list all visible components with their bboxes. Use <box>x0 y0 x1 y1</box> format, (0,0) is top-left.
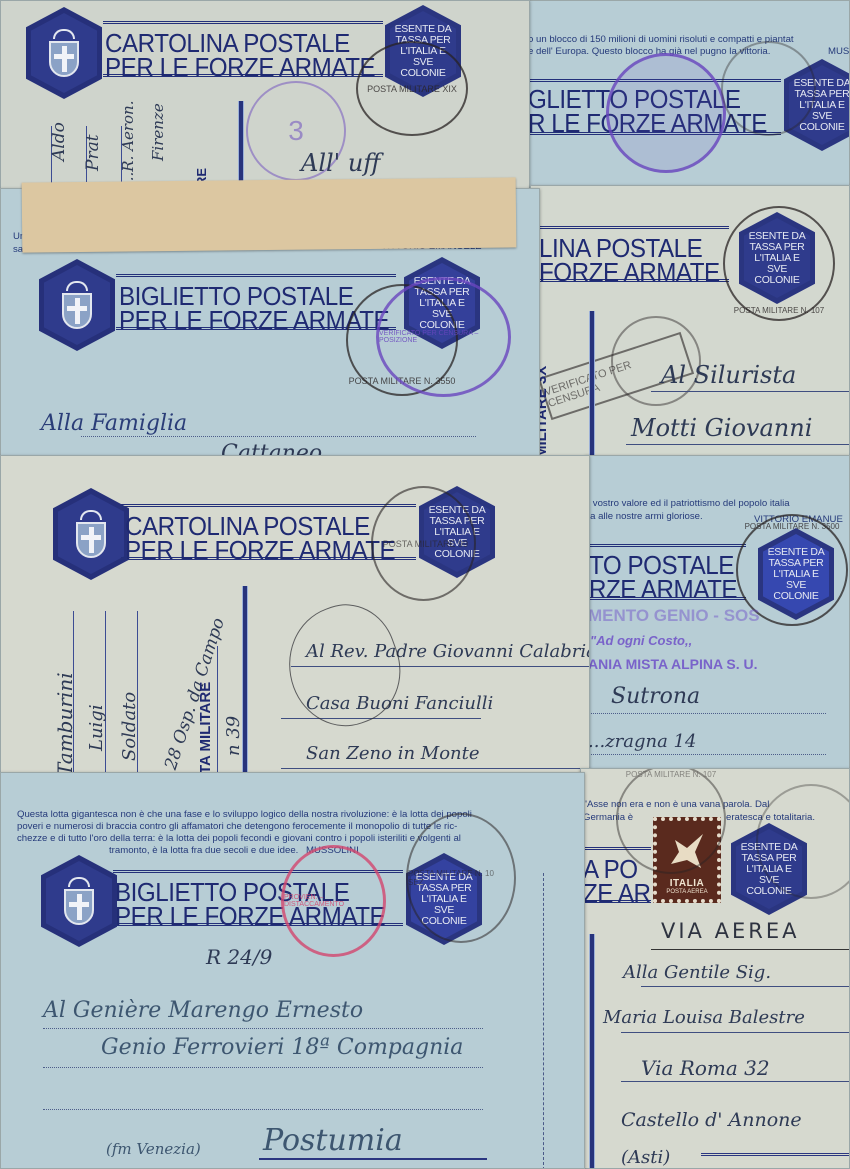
recipient-line-5: (Asti) <box>621 1147 670 1168</box>
pm-number: n 39 <box>223 716 244 756</box>
sender-line: Soldato <box>119 692 140 761</box>
airmail-underline <box>651 949 850 950</box>
card-title: TO POSTALE RZE ARMATE <box>589 553 737 601</box>
savoy-crest-icon <box>26 7 102 99</box>
address-rule <box>621 1081 850 1082</box>
postal-card-1: CARTOLINA POSTALE PER LE FORZE ARMATE ES… <box>0 0 530 200</box>
recipient-line-1: Al Genière Marengo Ernesto <box>43 998 363 1023</box>
address-rule <box>43 1109 483 1110</box>
postmark <box>721 41 816 136</box>
sender-line: Luigi <box>86 704 107 751</box>
recipient-line-1: Al Silurista <box>661 361 796 389</box>
card-title: CARTOLINA POSTALE PER LE FORZE ARMATE <box>125 514 395 562</box>
recipient-line-1: Sutrona <box>611 684 700 709</box>
sender-line: Aldo <box>49 122 69 161</box>
registry-note: R 24/9 <box>206 945 272 969</box>
airmail-note: VIA AEREA <box>661 919 799 943</box>
savoy-crest-icon <box>39 259 115 351</box>
recipient-line-1: Alla Gentile Sig. <box>623 962 771 983</box>
propaganda-quote-line-2: ia alle nostre armi gloriose. <box>588 511 703 523</box>
savoy-crest-icon <box>41 855 117 947</box>
recipient-note: (fm Venezia) <box>106 1140 201 1158</box>
address-rule <box>701 1153 850 1156</box>
recipient-line: All' uff <box>301 149 380 177</box>
address-rule <box>281 718 481 719</box>
address-rule <box>43 1028 483 1029</box>
savoy-crest-icon <box>53 488 129 580</box>
address-rule <box>81 436 476 437</box>
decorative-bar <box>589 311 595 465</box>
posta-militare-postmark: POSTA MILITARE N. 107 <box>723 206 835 321</box>
sender-line: 28 Osp. da Campo <box>161 616 229 773</box>
recipient-line-4: Castello d' Annone <box>621 1109 802 1131</box>
postal-card-8: l'Asse non era e non è una vana parola. … <box>580 768 850 1169</box>
recipient-line-3: Postumia <box>263 1123 403 1158</box>
propaganda-quote-line-2: poveri e numerosi di braccia contro gli … <box>17 821 457 833</box>
address-rule <box>586 754 826 755</box>
recipient-line-2: ...zragna 14 <box>588 731 696 752</box>
unit-cachet-header: MENTO GENIO - SOS <box>588 606 760 626</box>
violet-command-cancel <box>606 53 726 173</box>
posta-militare-label: TA MILITARE <box>197 682 214 774</box>
recipient-line-2: Motti Giovanni <box>631 414 812 442</box>
red-distaccamento-cancel: PROVIEN. – DISTACCAMENTO <box>281 845 386 957</box>
sender-line: Tamburini <box>53 672 77 775</box>
recipient-line-2: Genio Ferrovieri 18ª Compagnia <box>101 1035 463 1060</box>
recipient-line-2: Maria Louisa Balestre <box>603 1007 805 1028</box>
address-rule <box>641 986 850 987</box>
address-rule <box>621 1032 850 1033</box>
address-rule <box>259 1158 487 1160</box>
propaganda-quote-line-1: Questa lotta gigantesca non è che una fa… <box>17 809 472 821</box>
address-rule <box>43 1067 483 1068</box>
card-title: CARTOLINA POSTALE PER LE FORZE ARMATE <box>105 31 375 79</box>
fold-line <box>543 873 544 1169</box>
address-rule <box>217 646 218 775</box>
quote-author: MUS <box>828 46 849 58</box>
propaganda-quote-line-3: chezze e di tutto l'oro della terra: è l… <box>17 833 461 845</box>
posta-militare-postmark: POSTA MILITARE 99 <box>371 486 476 601</box>
posta-militare-postmark: POSTA MILITARE XIX <box>356 41 468 136</box>
unit-cachet-motto: "Ad ogni Costo,, <box>590 633 692 648</box>
recipient-line-1: Alla Famiglia <box>41 411 187 436</box>
recipient-line-3: Via Roma 32 <box>641 1056 770 1080</box>
decorative-bar <box>589 934 595 1169</box>
postal-cards-collage: o un blocco di 150 milioni di uomini ris… <box>0 0 850 1169</box>
postal-card-5: CARTOLINA POSTALE PER LE FORZE ARMATE ES… <box>0 455 590 775</box>
sender-line: ...R. Aeron. <box>119 101 137 186</box>
posta-militare-postmark: POSTA MILITARE N. 10 SEZ. <box>406 813 516 943</box>
sender-line: Prat <box>83 134 103 171</box>
address-rule <box>281 768 581 769</box>
unit-cachet-name: ANIA MISTA ALPINA S. U. <box>588 656 758 672</box>
violet-censor-cancel: VERIFICATO PER CENSURA – POSIZIONE <box>376 277 511 397</box>
sender-line: Firenze <box>149 103 167 161</box>
propaganda-quote-line-4: tramonto, è la lotta fra due secoli e du… <box>109 845 298 857</box>
address-rule <box>651 391 850 392</box>
card-title: LINA POSTALE FORZE ARMATE <box>539 236 720 284</box>
recipient-line-3: San Zeno in Monte <box>306 743 480 764</box>
postal-card-7: Questa lotta gigantesca non è che una fa… <box>0 772 585 1169</box>
address-rule <box>626 444 850 445</box>
adhesive-tape-strip <box>22 177 517 252</box>
propaganda-quote-line-1: l vostro valore ed il patriottismo del p… <box>588 498 790 510</box>
postal-card-6: l vostro valore ed il patriottismo del p… <box>585 455 850 770</box>
decorative-bar <box>238 101 244 186</box>
address-rule <box>586 713 826 714</box>
posta-militare-postmark: POSTA MILITARE N. 107 <box>616 768 726 874</box>
postal-card-2: o un blocco di 150 milioni di uomini ris… <box>525 0 850 190</box>
postal-card-4: LINA POSTALE FORZE ARMATE ESENTE DA TASS… <box>530 185 850 465</box>
